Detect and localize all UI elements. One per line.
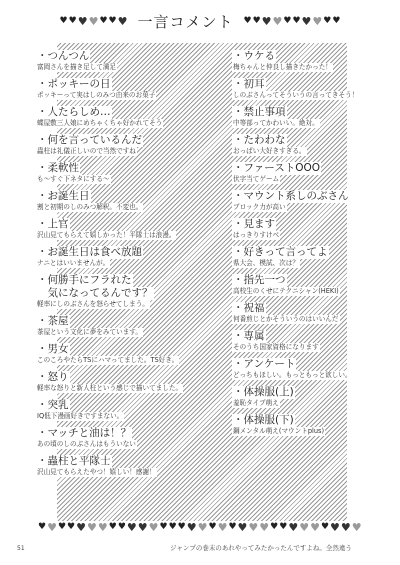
heart-icon: ♥ bbox=[58, 523, 66, 532]
comment-text: 沢山見てもらえて嬉しかった！平隊士は浪漫。 bbox=[36, 231, 176, 240]
comment-text: 高校生のくせにテクニシャン(HEKI) bbox=[232, 287, 340, 296]
heart-icon: ♥ bbox=[69, 17, 77, 26]
comment-entry: ・アンケートどっちもほしい。もっともっと欲しい。 bbox=[232, 358, 400, 380]
heart-icon: ♥ bbox=[67, 523, 75, 532]
comment-title: ・祝福 bbox=[232, 302, 266, 315]
heart-icon: ♥ bbox=[270, 523, 278, 532]
comment-title: ・体操服(上) bbox=[232, 386, 295, 399]
comment-entry: ・マッチと油は！？あの頃のしのぶさんはもういない bbox=[36, 427, 206, 449]
heart-icon: ♥ bbox=[310, 522, 320, 533]
comment-title: ・上官 bbox=[36, 218, 70, 231]
comment-entry: ・好きって言ってよ県大会、模試、次は？ bbox=[232, 246, 400, 268]
comment-entry: ・専属そのうち国家資格になります bbox=[232, 330, 400, 352]
comment-title: ・ポッキーの日 bbox=[36, 78, 112, 91]
heart-icon: ♥ bbox=[169, 523, 177, 532]
heart-icon: ♥ bbox=[243, 17, 251, 26]
heart-icon: ♥ bbox=[178, 523, 186, 532]
heart-icon: ♥ bbox=[352, 522, 362, 533]
comment-text: 何番煎じとかそういうのはいいんだ bbox=[232, 315, 340, 324]
comment-title: ・怒り bbox=[36, 371, 70, 384]
comment-text: はっきりすけべ bbox=[232, 231, 280, 240]
comment-text: 割と初期のしのみつ解釈。不変也。 bbox=[36, 203, 143, 212]
heart-icon: ♥ bbox=[76, 522, 86, 533]
heart-icon: ♥ bbox=[138, 522, 148, 533]
heart-icon: ♥ bbox=[273, 16, 283, 27]
comment-text: どっちもほしい。もっともっと欲しい。 bbox=[232, 371, 353, 380]
comment-text: 沢山見てもらえたやつ！嬉しい！感謝！ bbox=[36, 468, 157, 477]
comment-text: 中等部ってかわいい。絶対。 bbox=[232, 119, 320, 128]
heart-icon: ♥ bbox=[38, 523, 46, 532]
heart-icon: ♥ bbox=[198, 522, 208, 533]
comment-entry: ・たわわなおっぱい大好きすぎる。 bbox=[232, 134, 400, 156]
comment-text: 鋼メンタル萌え(マウントplus) bbox=[232, 427, 325, 436]
heart-icon: ♥ bbox=[187, 522, 197, 533]
comment-title: ・マッチと油は！？ bbox=[36, 427, 132, 440]
heart-icon: ♥ bbox=[228, 523, 236, 532]
heart-decoration-footer: ♥♥♥♥♥♥♥♥♥♥♥♥♥♥♥♥♥♥♥♥♥♥♥♥♥♥♥♥♥♥♥♥ bbox=[38, 522, 362, 533]
comment-text: 梅ちゃんと仲良し描きたかった！ bbox=[232, 63, 333, 72]
comment-entry: ・つんつん富岡さんを描き足して満足 bbox=[36, 50, 206, 72]
heart-decoration-left: ♥♥♥♥♥♥♥ bbox=[60, 16, 128, 27]
comment-text: 羞恥タイプ萌え bbox=[232, 399, 280, 408]
comment-title: ・アンケート bbox=[232, 358, 296, 371]
comment-text: 茶屋という文化に夢をみています。 bbox=[36, 328, 143, 337]
comment-entry: ・ウケる梅ちゃんと仲良し描きたかった！ bbox=[232, 50, 400, 72]
comment-entry: ・祝福何番煎じとかそういうのはいいんだ bbox=[232, 302, 400, 324]
heart-icon: ♥ bbox=[238, 522, 248, 533]
comment-title: ・ファーストOOO bbox=[232, 162, 321, 175]
heart-icon: ♥ bbox=[341, 522, 351, 533]
heart-icon: ♥ bbox=[160, 523, 168, 532]
comment-text: ブロック力が高い bbox=[232, 203, 287, 212]
comment-entry: ・見ますはっきりすけべ bbox=[232, 218, 400, 240]
heart-icon: ♥ bbox=[118, 523, 126, 532]
heart-icon: ♥ bbox=[292, 17, 300, 26]
comment-entry: ・体操服(上)羞恥タイプ萌え bbox=[232, 386, 400, 408]
heart-icon: ♥ bbox=[332, 17, 340, 26]
comment-entry: ・何勝手にフラれた 気になってるんです？軽率にしのぶさんを怒らせてしまう。 bbox=[36, 274, 206, 309]
heart-icon: ♥ bbox=[302, 16, 312, 27]
heart-icon: ♥ bbox=[98, 522, 108, 533]
comment-entry: ・お誕生日割と初期のしのみつ解釈。不変也。 bbox=[36, 190, 206, 212]
comment-title: ・人たらしめ… bbox=[36, 106, 112, 119]
comment-title: ・何勝手にフラれた bbox=[36, 274, 133, 287]
comment-column-left: ・つんつん富岡さんを描き足して満足・ポッキーの日ポッキーって実はしのみつ由来のお… bbox=[36, 50, 206, 483]
comment-title: ・ウケる bbox=[232, 50, 276, 63]
comment-text: このころやたらTSにハマってました。TS好き。 bbox=[36, 356, 179, 365]
footnote: ジャンプの巻末のあれやってみたかったんですよね。全然違う bbox=[170, 543, 352, 552]
comment-text: 伏字当てゲーム bbox=[232, 175, 280, 184]
heart-icon: ♥ bbox=[330, 522, 340, 533]
heart-icon: ♥ bbox=[149, 522, 159, 533]
comment-entry: ・男女このころやたらTSにハマってました。TS好き。 bbox=[36, 343, 206, 365]
heart-icon: ♥ bbox=[118, 16, 128, 27]
comment-entry: ・体操服(下)鋼メンタル萌え(マウントplus) bbox=[232, 414, 400, 436]
comment-text: おっぱい大好きすぎる。 bbox=[232, 147, 307, 156]
comment-entry: ・ポッキーの日ポッキーって実はしのみつ由来のお菓子 bbox=[36, 78, 206, 100]
heart-icon: ♥ bbox=[312, 16, 322, 27]
heart-icon: ♥ bbox=[299, 522, 309, 533]
comment-title: ・蟲柱と平隊士 bbox=[36, 455, 112, 468]
heart-icon: ♥ bbox=[127, 522, 137, 533]
comment-text: 蟲柱は礼儀正しいので当然ですね bbox=[36, 147, 137, 156]
heart-icon: ♥ bbox=[99, 17, 107, 26]
comment-title: ・見ます bbox=[232, 218, 276, 231]
heart-icon: ♥ bbox=[78, 16, 88, 27]
comment-title: ・つんつん bbox=[36, 50, 90, 63]
comment-text: あの頃のしのぶさんはもういない bbox=[36, 440, 137, 449]
heart-icon: ♥ bbox=[283, 17, 291, 26]
heart-icon: ♥ bbox=[60, 17, 68, 26]
heart-icon: ♥ bbox=[259, 522, 269, 533]
comment-text: ポッキーって実はしのみつ由来のお菓子 bbox=[36, 91, 156, 100]
comment-column-right: ・ウケる梅ちゃんと仲良し描きたかった！・初耳しのぶさんってそういうの言ってきそう… bbox=[232, 50, 400, 442]
comment-entry: ・突乳IQ低下漫画好きですまない。 bbox=[36, 399, 206, 421]
comment-title: ・禁止事項 bbox=[232, 106, 287, 119]
heart-icon: ♥ bbox=[323, 17, 331, 26]
comment-entry: ・初耳しのぶさんってそういうの言ってきそう！ bbox=[232, 78, 400, 100]
heart-icon: ♥ bbox=[47, 522, 57, 533]
comment-title: ・何を言っているんだ bbox=[36, 134, 143, 147]
comment-text: IQ低下漫画好きですまない。 bbox=[36, 412, 124, 421]
page-number: 51 bbox=[17, 545, 25, 552]
heart-icon: ♥ bbox=[248, 522, 258, 533]
comment-title: ・男女 bbox=[36, 343, 70, 356]
comment-title: ・お誕生日は食べ放題 bbox=[36, 246, 143, 259]
comment-title: ・マウント系しのぶさん bbox=[232, 190, 350, 203]
comment-entry: ・茶屋茶屋という文化に夢をみています。 bbox=[36, 315, 206, 337]
comment-entry: ・怒り軽率な怒りと新人柱という感じで描いてました。 bbox=[36, 371, 206, 393]
heart-icon: ♥ bbox=[288, 522, 298, 533]
heart-decoration-right: ♥♥♥♥♥♥♥♥♥♥ bbox=[243, 16, 340, 27]
comment-text: 富岡さんを描き足して満足 bbox=[36, 63, 117, 72]
comment-text: ナニとはいいませんが。 bbox=[36, 259, 110, 268]
comment-entry: ・人たらしめ…蝶屋敷三人娘にめちゃくちゃ好かれてそう bbox=[36, 106, 206, 128]
comment-entry: ・お誕生日は食べ放題ナニとはいいませんが。 bbox=[36, 246, 206, 268]
heart-icon: ♥ bbox=[279, 523, 287, 532]
comment-entry: ・禁止事項中等部ってかわいい。絶対。 bbox=[232, 106, 400, 128]
page-title: 一言コメント bbox=[137, 11, 233, 32]
comment-entry: ・マウント系しのぶさんブロック力が高い bbox=[232, 190, 400, 212]
comment-entry: ・上官沢山見てもらえて嬉しかった！平隊士は浪漫。 bbox=[36, 218, 206, 240]
comment-title-continued: 気になってるんです？ bbox=[36, 287, 154, 300]
comment-title: ・たわわな bbox=[232, 134, 287, 147]
comment-title: ・専属 bbox=[232, 330, 266, 343]
comment-title: ・指先一つ bbox=[232, 274, 287, 287]
comment-title: ・柔軟性 bbox=[36, 162, 80, 175]
heart-icon: ♥ bbox=[87, 522, 97, 533]
comment-title: ・お誕生日 bbox=[36, 190, 91, 203]
comment-title: ・初耳 bbox=[232, 78, 266, 91]
comment-entry: ・何を言っているんだ蟲柱は礼儀正しいので当然ですね bbox=[36, 134, 206, 156]
comment-text: 蝶屋敷三人娘にめちゃくちゃ好かれてそう bbox=[36, 119, 163, 128]
heart-icon: ♥ bbox=[109, 17, 117, 26]
comment-text: 軽率にしのぶさんを怒らせてしまう。 bbox=[36, 300, 150, 309]
heart-icon: ♥ bbox=[262, 16, 272, 27]
comment-text: そのうち国家資格になります bbox=[232, 343, 320, 352]
comment-entry: ・柔軟性も～すぐ下ネタにする～ bbox=[36, 162, 206, 184]
comment-text: 軽率な怒りと新人柱という感じで描いてました。 bbox=[36, 384, 183, 393]
comment-entry: ・指先一つ高校生のくせにテクニシャン(HEKI) bbox=[232, 274, 400, 296]
heart-icon: ♥ bbox=[109, 523, 117, 532]
heart-icon: ♥ bbox=[89, 16, 99, 27]
comment-entry: ・蟲柱と平隊士沢山見てもらえたやつ！嬉しい！感謝！ bbox=[36, 455, 206, 477]
comment-text: 県大会、模試、次は？ bbox=[232, 259, 300, 268]
heart-icon: ♥ bbox=[321, 523, 329, 532]
comment-entry: ・ファーストOOO伏字当てゲーム bbox=[232, 162, 400, 184]
heart-icon: ♥ bbox=[209, 523, 217, 532]
comment-title: ・体操服(下) bbox=[232, 414, 295, 427]
comment-text: も～すぐ下ネタにする～ bbox=[36, 175, 111, 184]
comment-title: ・茶屋 bbox=[36, 315, 70, 328]
comment-title: ・好きって言ってよ bbox=[232, 246, 329, 259]
comment-title: ・突乳 bbox=[36, 399, 70, 412]
heart-icon: ♥ bbox=[218, 522, 228, 533]
heart-icon: ♥ bbox=[253, 17, 261, 26]
comment-text: しのぶさんってそういうの言ってきそう！ bbox=[232, 91, 359, 100]
page-header: ♥♥♥♥♥♥♥ 一言コメント ♥♥♥♥♥♥♥♥♥♥ bbox=[0, 0, 400, 42]
